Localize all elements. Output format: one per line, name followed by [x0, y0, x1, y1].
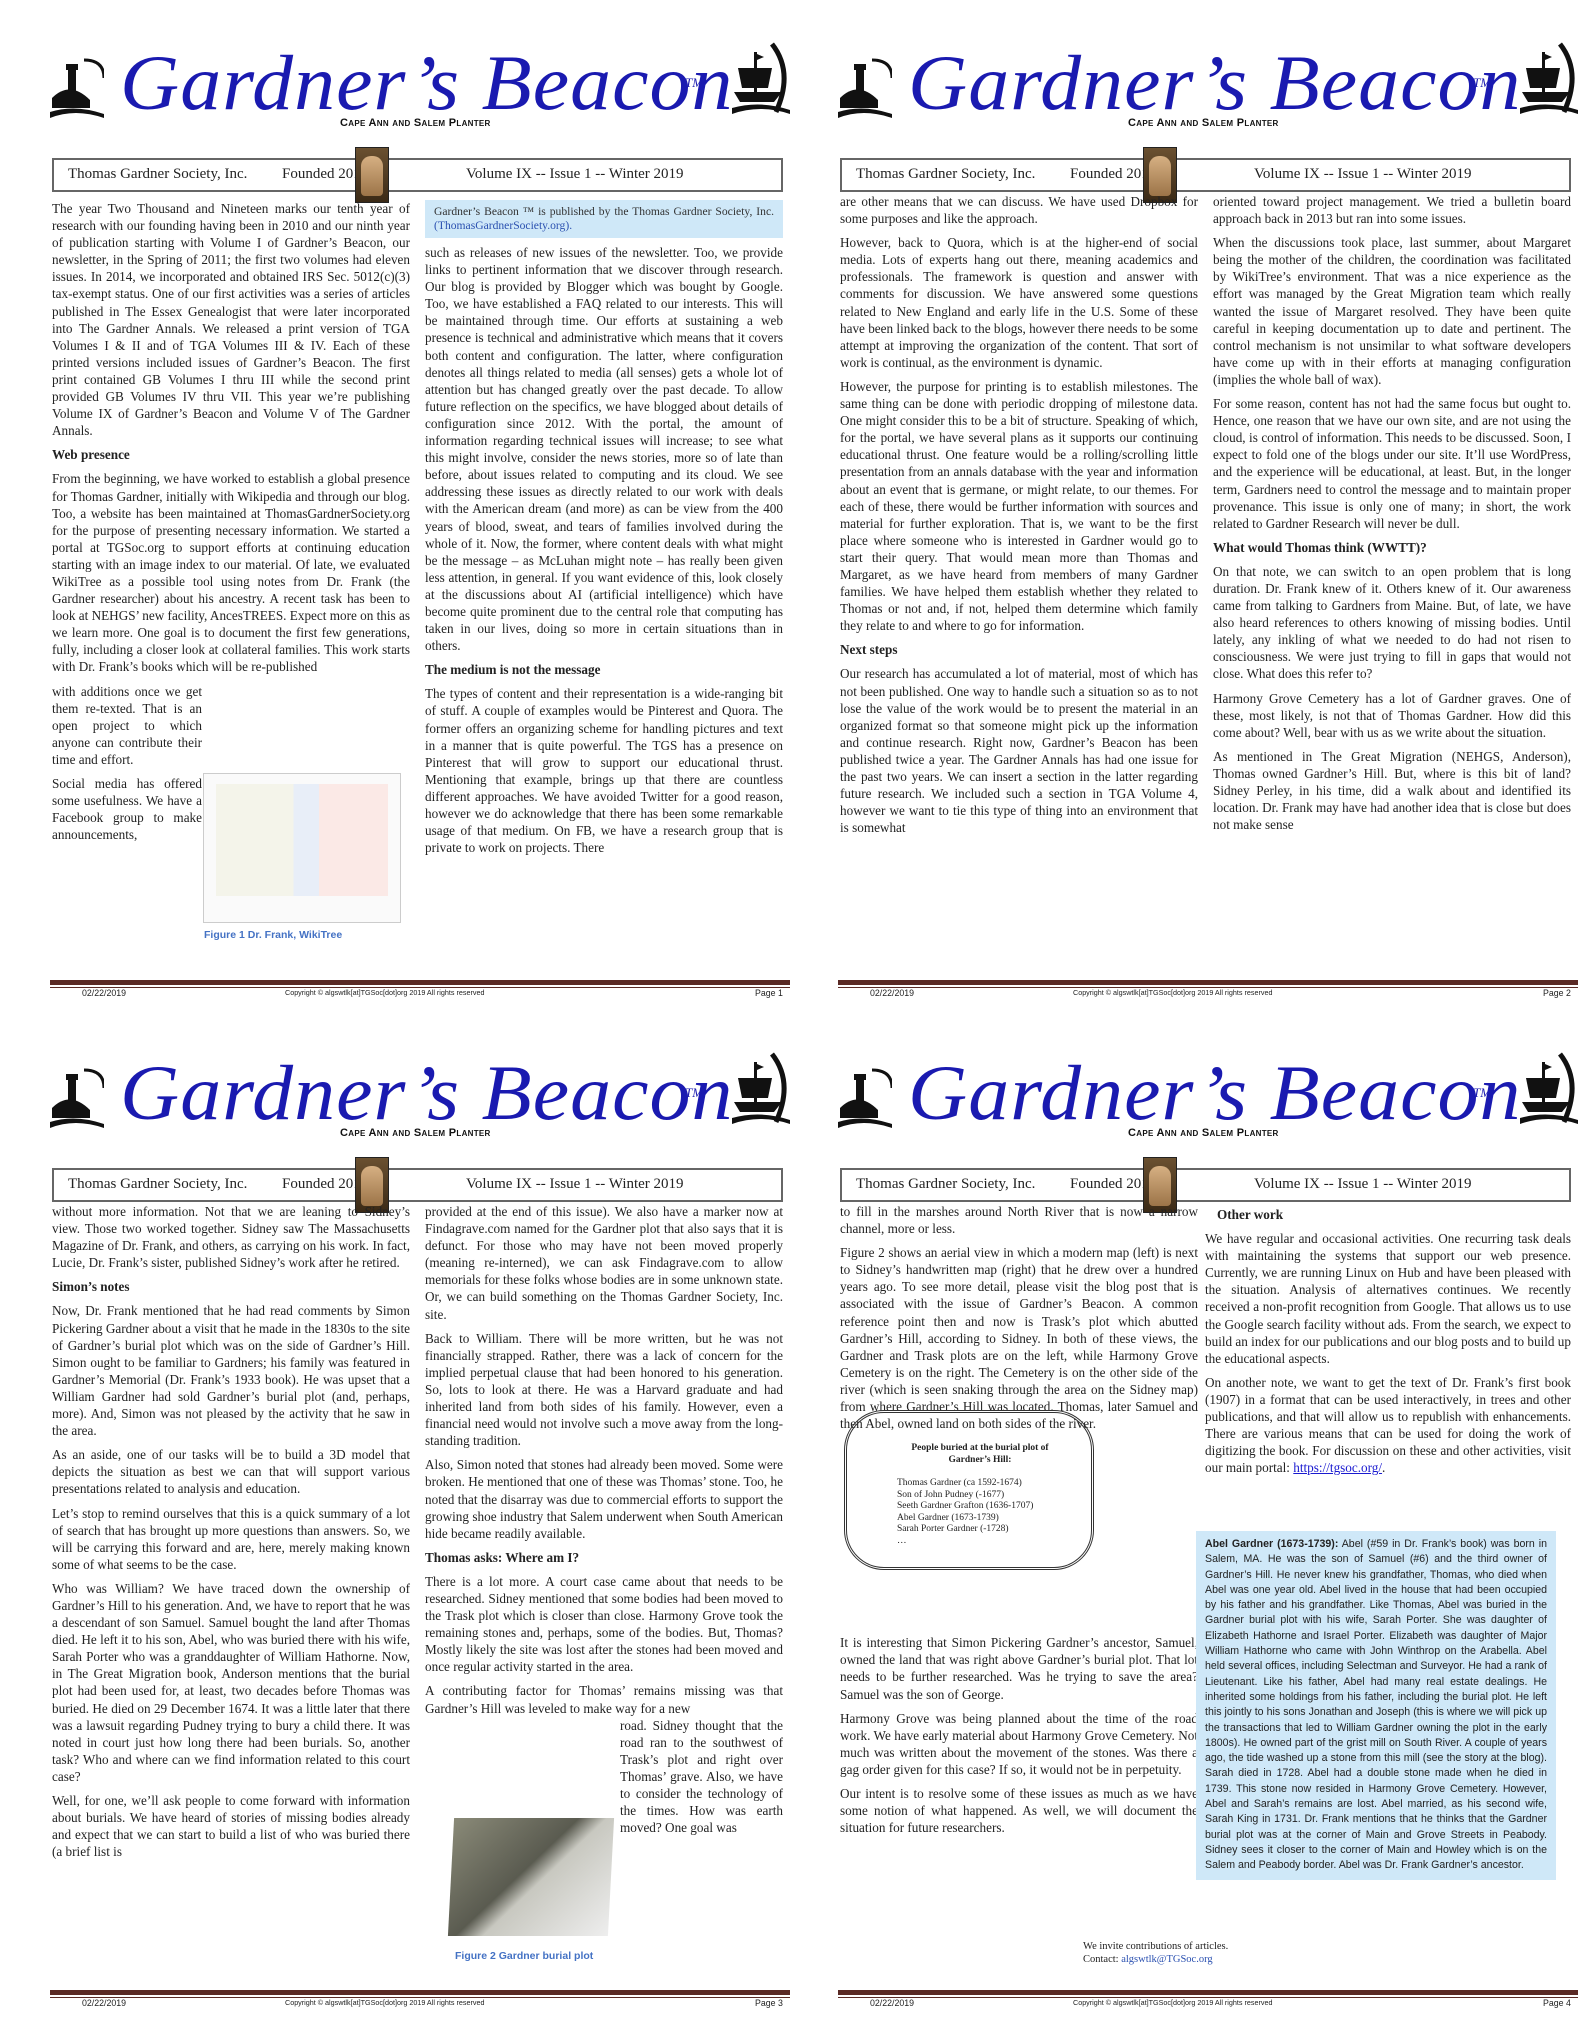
paragraph: to fill in the marshes around North Rive…: [840, 1203, 1198, 1237]
left-column: without more information. Not that we ar…: [52, 1203, 410, 1867]
paragraph: When the discussions took place, last su…: [1213, 234, 1571, 388]
masthead: Gardner’s Beacon TM Cape Ann and Salem P…: [808, 1030, 1593, 1145]
trademark: TM: [1473, 1085, 1491, 1101]
society-link[interactable]: (ThomasGardnerSociety.org).: [434, 219, 572, 232]
paragraph: Also, Simon noted that stones had alread…: [425, 1456, 783, 1541]
figure-2-caption: Figure 2 Gardner burial plot: [455, 1948, 593, 1965]
sidebar-text: Abel (#59 in Dr. Frank’s book) was born …: [1205, 1538, 1547, 1871]
page-2: Gardner’s Beacon TM Cape Ann and Salem P…: [808, 0, 1593, 1005]
paragraph: The year Two Thousand and Nineteen marks…: [52, 200, 410, 439]
paragraph: As mentioned in The Great Migration (NEH…: [1213, 748, 1571, 833]
trademark: TM: [1473, 75, 1491, 91]
burial-list-item: …: [897, 1536, 1063, 1548]
liberty-bell-icon: [355, 147, 389, 203]
page-number: Page 1: [755, 988, 783, 998]
right-column: Other work We have regular and occasiona…: [1205, 1203, 1571, 1483]
contact-email-link[interactable]: algswtlk@TGSoc.org: [1121, 1954, 1212, 1965]
section-heading: Next steps: [840, 641, 1198, 658]
paragraph: On another note, we want to get the text…: [1205, 1374, 1571, 1477]
footer-copyright: Copyright © algswtlk[at]TGSoc[dot]org 20…: [285, 988, 484, 997]
burial-list-frame: People buried at the burial plot of Gard…: [844, 1410, 1094, 1570]
lighthouse-logo-icon: [838, 1068, 892, 1132]
burial-list-item: Son of John Pudney (-1677): [897, 1490, 1063, 1502]
footer-rule: [838, 1990, 1578, 1995]
page-3: Gardner’s Beacon TM Cape Ann and Salem P…: [20, 1010, 805, 2015]
trademark: TM: [685, 1085, 703, 1101]
trademark: TM: [685, 75, 703, 91]
paragraph: However, back to Quora, which is at the …: [840, 234, 1198, 371]
society-name: Thomas Gardner Society, Inc.: [68, 1176, 247, 1193]
paragraph: There is a lot more. A court case came a…: [425, 1573, 783, 1676]
burial-list-item: Seeth Gardner Grafton (1636-1707): [897, 1501, 1063, 1513]
paragraph-text: On another note, we want to get the text…: [1205, 1375, 1571, 1475]
masthead: Gardner’s Beacon TM Cape Ann and Salem P…: [20, 20, 805, 135]
abel-gardner-sidebar: Abel Gardner (1673-1739): Abel (#59 in D…: [1196, 1531, 1556, 1880]
publisher-note-box: Gardner’s Beacon ™ is published by the T…: [425, 200, 783, 238]
newsletter-title: Gardner’s Beacon: [120, 1048, 734, 1138]
paragraph: A contributing factor for Thomas’ remain…: [425, 1682, 783, 1716]
paragraph: The types of content and their represent…: [425, 685, 783, 856]
contributions-invite: We invite contributions of articles. Con…: [1083, 1940, 1228, 1966]
paragraph: Who was William? We have traced down the…: [52, 1580, 410, 1785]
page-number: Page 3: [755, 1998, 783, 2008]
paragraph: On that note, we can switch to an open p…: [1213, 563, 1571, 683]
section-heading: The medium is not the message: [425, 661, 783, 678]
paragraph: From the beginning, we have worked to es…: [52, 470, 410, 675]
newsletter-title: Gardner’s Beacon: [120, 38, 734, 128]
society-name: Thomas Gardner Society, Inc.: [856, 1176, 1035, 1193]
page-1: Gardner’s Beacon TM Cape Ann and Salem P…: [20, 0, 805, 1005]
footer-rule: [50, 1990, 790, 1995]
footer-copyright: Copyright © algswtlk[at]TGSoc[dot]org 20…: [1073, 1998, 1272, 2007]
paragraph: such as releases of new issues of the ne…: [425, 244, 783, 654]
newsletter-subtitle: Cape Ann and Salem Planter: [340, 1127, 491, 1139]
paragraph-end: .: [1382, 1460, 1385, 1475]
paragraph: without more information. Not that we ar…: [52, 1203, 410, 1271]
volume-issue: Volume IX -- Issue 1 -- Winter 2019: [466, 166, 684, 183]
issue-header-bar: Thomas Gardner Society, Inc. Founded 201…: [52, 158, 783, 192]
right-column: Gardner’s Beacon ™ is published by the T…: [425, 200, 783, 863]
lighthouse-logo-icon: [50, 58, 104, 122]
paragraph: Harmony Grove Cemetery has a lot of Gard…: [1213, 690, 1571, 741]
masthead: Gardner’s Beacon TM Cape Ann and Salem P…: [808, 20, 1593, 135]
sidebar-title: Abel Gardner (1673-1739):: [1205, 1538, 1338, 1550]
section-heading: Web presence: [52, 446, 410, 463]
newsletter-subtitle: Cape Ann and Salem Planter: [340, 117, 491, 129]
paragraph: It is interesting that Simon Pickering G…: [840, 1634, 1198, 1702]
burial-plot-map: [448, 1818, 614, 1936]
footer-rule: [838, 980, 1578, 985]
issue-header-bar: Thomas Gardner Society, Inc. Founded 201…: [840, 1168, 1571, 1202]
footer-date: 02/22/2019: [82, 1998, 126, 2008]
society-name: Thomas Gardner Society, Inc.: [68, 166, 247, 183]
figure-2-burial-plot: Figure 2 Gardner burial plot: [451, 1818, 611, 1948]
volume-issue: Volume IX -- Issue 1 -- Winter 2019: [1254, 1176, 1472, 1193]
paragraph: Our research has accumulated a lot of ma…: [840, 665, 1198, 836]
paragraph: road. Sidney thought that the road ran t…: [620, 1717, 783, 1837]
paragraph: are other means that we can discuss. We …: [840, 193, 1198, 227]
ship-logo-icon: [732, 42, 790, 124]
paragraph: oriented toward project management. We t…: [1213, 193, 1571, 227]
section-heading: What would Thomas think (WWTT)?: [1213, 539, 1571, 556]
footer-date: 02/22/2019: [870, 1998, 914, 2008]
paragraph: We have regular and occasional activitie…: [1205, 1230, 1571, 1367]
burial-list-item: Thomas Gardner (ca 1592-1674): [897, 1478, 1063, 1490]
newsletter-subtitle: Cape Ann and Salem Planter: [1128, 117, 1279, 129]
lighthouse-logo-icon: [838, 58, 892, 122]
paragraph: Well, for one, we’ll ask people to come …: [52, 1792, 410, 1860]
paragraph: However, the purpose for printing is to …: [840, 378, 1198, 634]
burial-list-item: Sarah Porter Gardner (-1728): [897, 1524, 1063, 1536]
paragraph: As an aside, one of our tasks will be to…: [52, 1446, 410, 1497]
newsletter-title: Gardner’s Beacon: [908, 38, 1522, 128]
issue-header-bar: Thomas Gardner Society, Inc. Founded 201…: [840, 158, 1571, 192]
paragraph: Let’s stop to remind ourselves that this…: [52, 1505, 410, 1573]
right-column: provided at the end of this issue). We a…: [425, 1203, 783, 1843]
ship-logo-icon: [1520, 42, 1578, 124]
page-number: Page 2: [1543, 988, 1571, 998]
page-number: Page 4: [1543, 1998, 1571, 2008]
paragraph: Social media has offered some usefulness…: [52, 775, 202, 843]
ship-logo-icon: [1520, 1052, 1578, 1134]
footer-copyright: Copyright © algswtlk[at]TGSoc[dot]org 20…: [285, 1998, 484, 2007]
volume-issue: Volume IX -- Issue 1 -- Winter 2019: [466, 1176, 684, 1193]
paragraph: Figure 2 shows an aerial view in which a…: [840, 1244, 1198, 1432]
page-4: Gardner’s Beacon TM Cape Ann and Salem P…: [808, 1010, 1593, 2015]
left-column: The year Two Thousand and Nineteen marks…: [52, 200, 410, 850]
lighthouse-logo-icon: [50, 1068, 104, 1132]
figure-1-wikitree: Figure 1 Dr. Frank, WikiTree: [203, 773, 401, 923]
footer-date: 02/22/2019: [82, 988, 126, 998]
volume-issue: Volume IX -- Issue 1 -- Winter 2019: [1254, 166, 1472, 183]
wikitree-screenshot: [216, 784, 388, 896]
paragraph: Harmony Grove was being planned about th…: [840, 1710, 1198, 1778]
paragraph: Now, Dr. Frank mentioned that he had rea…: [52, 1302, 410, 1439]
paragraph: provided at the end of this issue). We a…: [425, 1203, 783, 1323]
section-heading: Other work: [1217, 1206, 1571, 1223]
footer-copyright: Copyright © algswtlk[at]TGSoc[dot]org 20…: [1073, 988, 1272, 997]
contact-label: Contact:: [1083, 1954, 1121, 1965]
publisher-note-text: Gardner’s Beacon ™ is published by the T…: [434, 205, 774, 218]
footer-date: 02/22/2019: [870, 988, 914, 998]
burial-list-title: People buried at the burial plot of Gard…: [897, 1443, 1063, 1466]
society-name: Thomas Gardner Society, Inc.: [856, 166, 1035, 183]
footer-rule: [50, 980, 790, 985]
issue-header-bar: Thomas Gardner Society, Inc. Founded 201…: [52, 1168, 783, 1202]
paragraph: Our intent is to resolve some of these i…: [840, 1785, 1198, 1836]
left-column: are other means that we can discuss. We …: [840, 193, 1198, 843]
invite-line: We invite contributions of articles.: [1083, 1940, 1228, 1953]
paragraph: For some reason, content has not had the…: [1213, 395, 1571, 532]
section-heading: Simon’s notes: [52, 1278, 410, 1295]
newsletter-title: Gardner’s Beacon: [908, 1048, 1522, 1138]
burial-list-item: Abel Gardner (1673-1739): [897, 1513, 1063, 1525]
portal-link[interactable]: https://tgsoc.org/: [1293, 1460, 1382, 1475]
paragraph: Back to William. There will be more writ…: [425, 1330, 783, 1450]
right-column: oriented toward project management. We t…: [1213, 193, 1571, 840]
figure-1-caption: Figure 1 Dr. Frank, WikiTree: [204, 929, 342, 941]
newsletter-subtitle: Cape Ann and Salem Planter: [1128, 1127, 1279, 1139]
paragraph: with additions once we get them re-texte…: [52, 683, 202, 768]
section-heading: Thomas asks: Where am I?: [425, 1549, 783, 1566]
masthead: Gardner’s Beacon TM Cape Ann and Salem P…: [20, 1030, 805, 1145]
ship-logo-icon: [732, 1052, 790, 1134]
